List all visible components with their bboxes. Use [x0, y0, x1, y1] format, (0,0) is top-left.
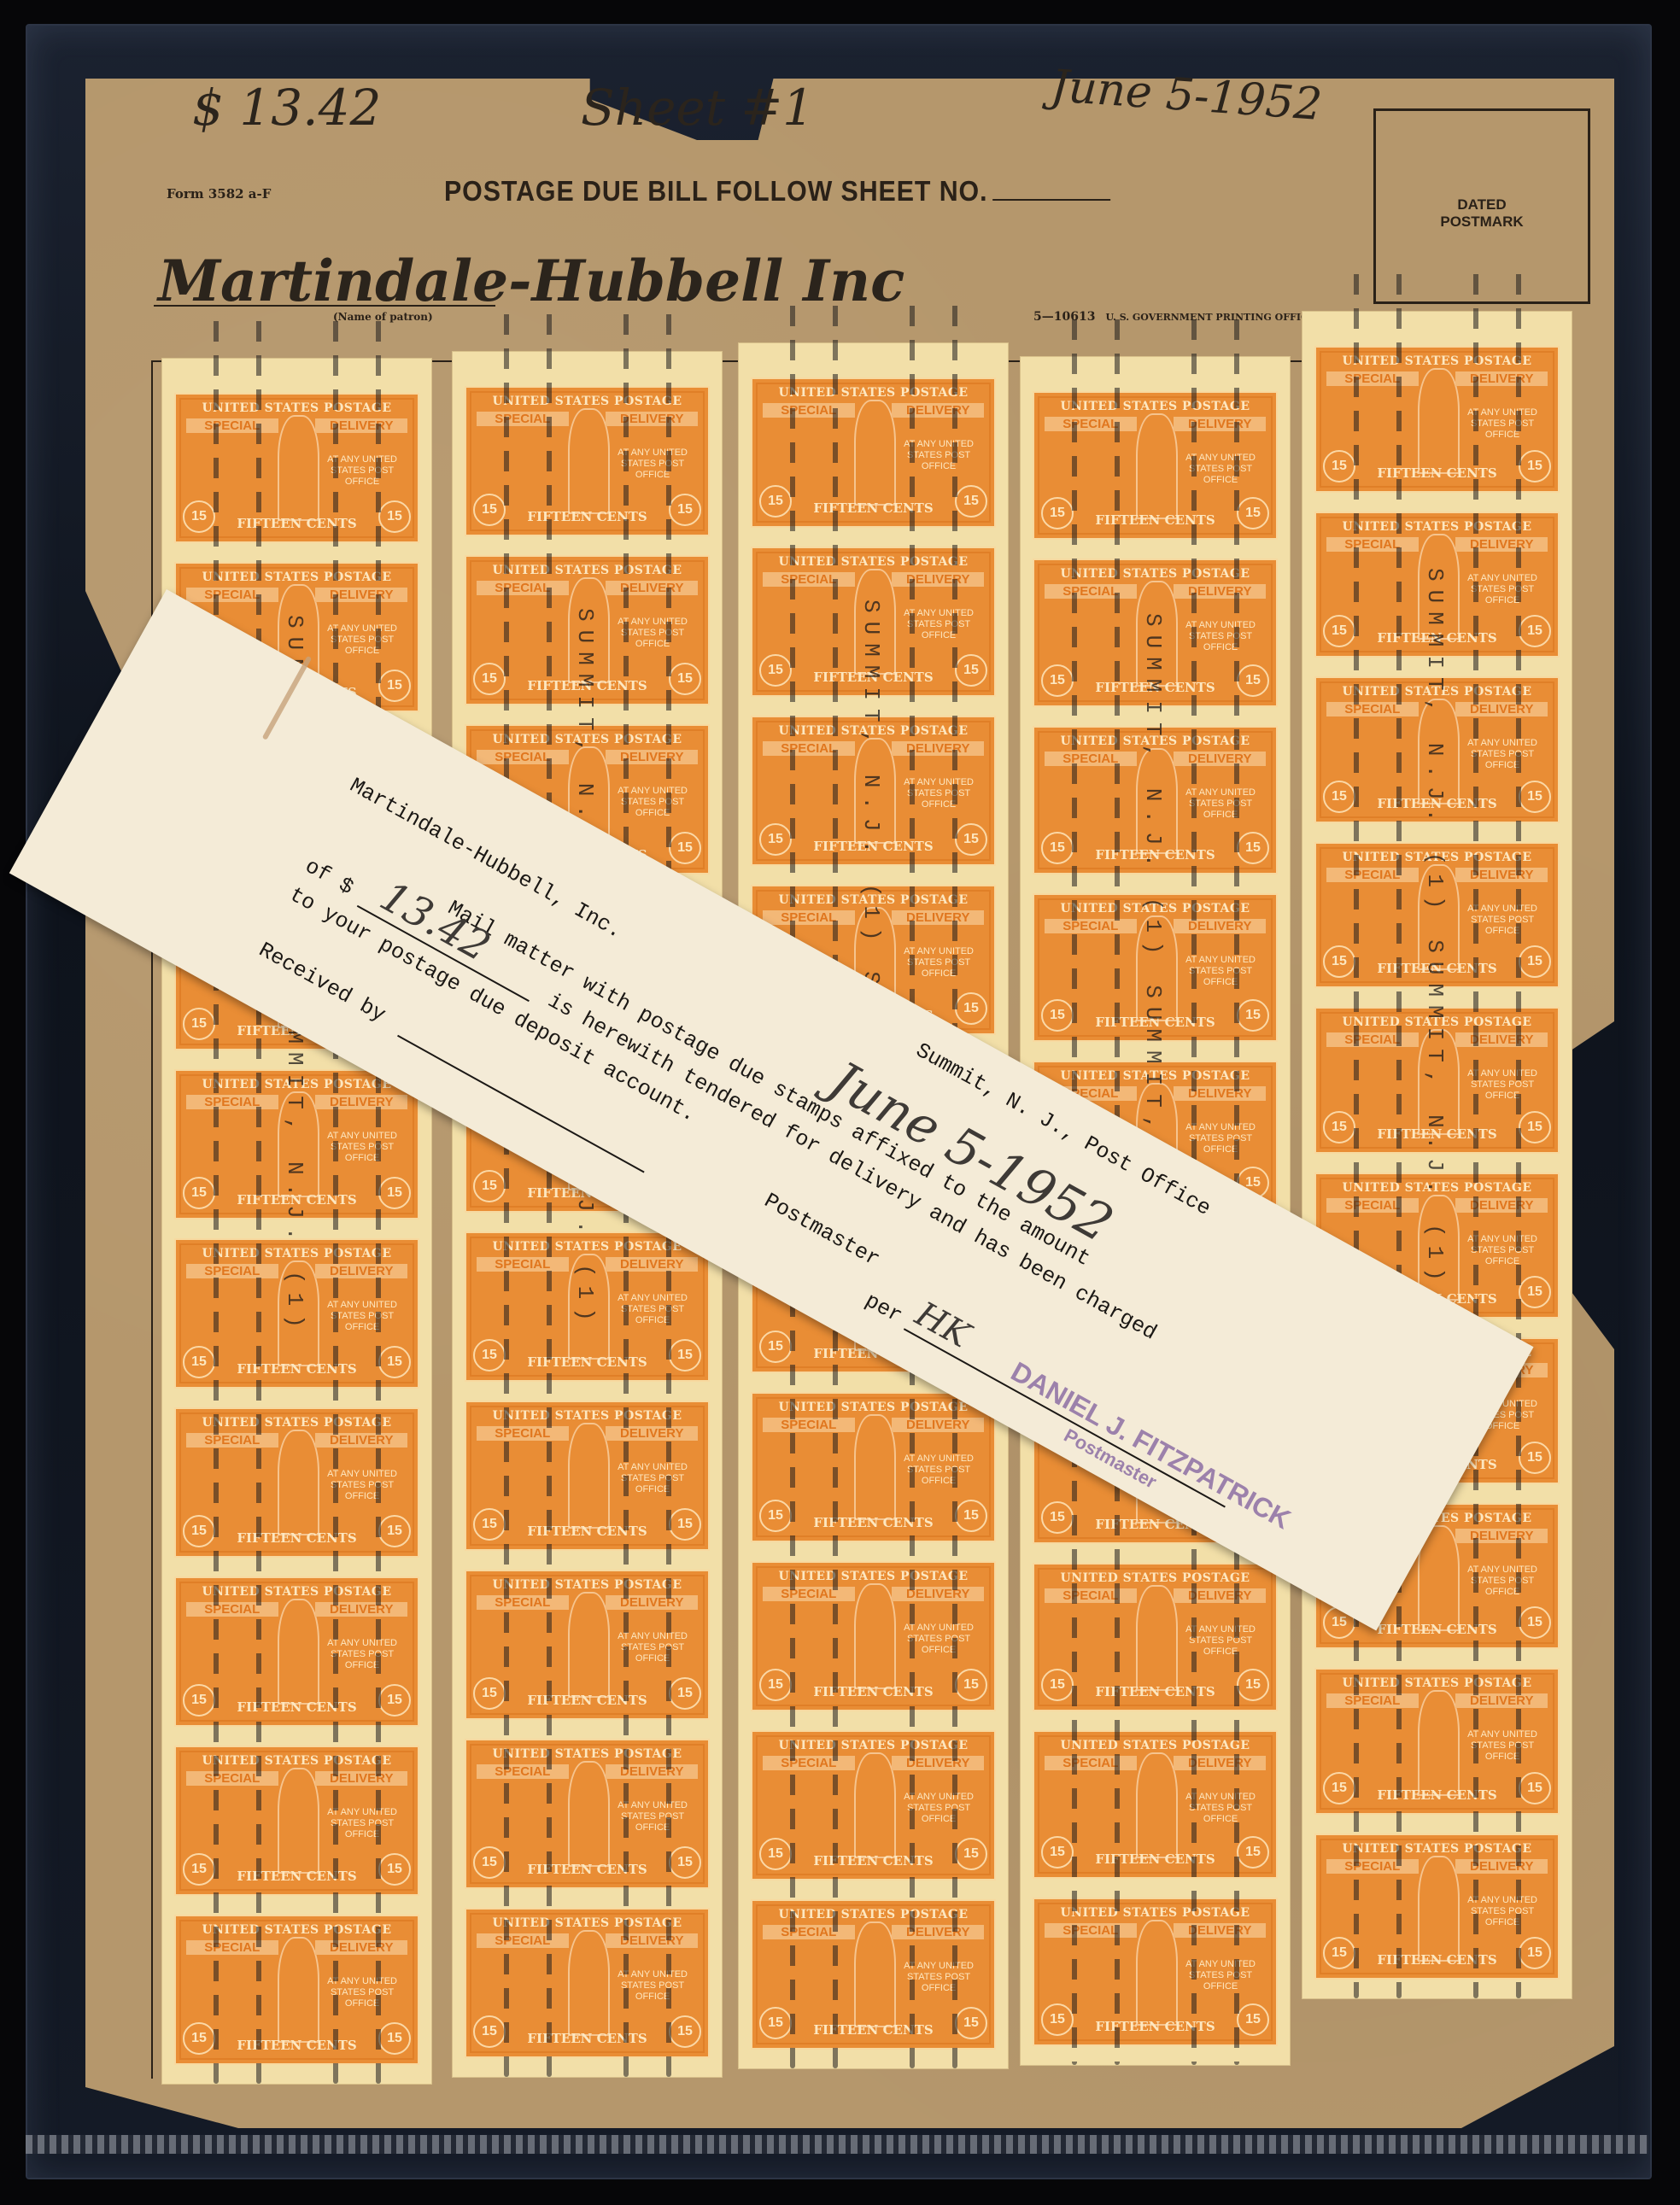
stamp-tagline: AT ANY UNITED STATES POST OFFICE: [895, 946, 982, 980]
stamp-value-text: FIFTEEN CENTS: [219, 2038, 375, 2053]
stamp-tagline: AT ANY UNITED STATES POST OFFICE: [895, 439, 982, 472]
stamp-denomination: 15: [1519, 1111, 1551, 1143]
stamp-denomination: 15: [759, 654, 792, 687]
stamp-tagline: AT ANY UNITED STATES POST OFFICE: [609, 617, 696, 650]
stamp-special: SPECIAL: [1326, 1693, 1419, 1708]
stamp-delivery: DELIVERY: [892, 1418, 984, 1432]
stamp-tagline: AT ANY UNITED STATES POST OFFICE: [1177, 453, 1264, 486]
stamp-value-text: FIFTEEN CENTS: [1359, 1787, 1515, 1803]
stamp-tagline: AT ANY UNITED STATES POST OFFICE: [319, 1638, 406, 1671]
stamp-tagline: AT ANY UNITED STATES POST OFFICE: [1177, 1624, 1264, 1658]
stamp-tagline: AT ANY UNITED STATES POST OFFICE: [1459, 407, 1546, 441]
stamp-denomination: 15: [378, 670, 411, 702]
stamp-tagline: AT ANY UNITED STATES POST OFFICE: [895, 1623, 982, 1656]
stamp-tagline: AT ANY UNITED STATES POST OFFICE: [319, 1300, 406, 1333]
cancel-wavy-line: [547, 301, 552, 2077]
patron-underline: [154, 305, 495, 307]
stamp-denomination: 15: [473, 1677, 506, 1710]
stamp-delivery: DELIVERY: [1455, 1529, 1548, 1543]
stamp-tagline: AT ANY UNITED STATES POST OFFICE: [1177, 955, 1264, 988]
stamp-delivery: DELIVERY: [892, 1756, 984, 1770]
stamp-tagline: AT ANY UNITED STATES POST OFFICE: [609, 1969, 696, 2003]
stamp-value-text: FIFTEEN CENTS: [219, 1361, 375, 1377]
doorway-icon: [278, 415, 319, 521]
stamp-denomination: 15: [1237, 832, 1269, 864]
cancel-wavy-line: [504, 301, 509, 2077]
stamp-tagline: AT ANY UNITED STATES POST OFFICE: [1177, 1122, 1264, 1155]
stamp-denomination: 15: [183, 1346, 215, 1378]
doorway-icon: [854, 400, 896, 506]
stamp-tagline: AT ANY UNITED STATES POST OFFICE: [319, 1976, 406, 2009]
stamp-special: SPECIAL: [186, 418, 278, 433]
stamp-denomination: 15: [669, 2015, 701, 2048]
stamp-tagline: AT ANY UNITED STATES POST OFFICE: [895, 1792, 982, 1825]
stamp-denomination: 15: [1519, 1772, 1551, 1804]
stamp-denomination: 15: [1519, 615, 1551, 647]
doorway-icon: [854, 1414, 896, 1520]
stamp-special: SPECIAL: [763, 910, 855, 925]
stamp-denomination: 15: [1237, 664, 1269, 697]
printer-name: U. S. GOVERNMENT PRINTING OFFICE: [1105, 312, 1315, 323]
stamp-special: SPECIAL: [1326, 868, 1419, 882]
stamp-denomination: 15: [1323, 945, 1355, 978]
stamp-denomination: 15: [183, 2022, 215, 2055]
doorway-icon: [854, 1921, 896, 2027]
special-delivery-stamp: UNITED STATES POSTAGESPECIALDELIVERYAT A…: [751, 1730, 996, 1880]
stamp-special: SPECIAL: [1045, 584, 1137, 599]
stamp-denomination: 15: [955, 485, 987, 518]
print-code: 5—10613: [1033, 310, 1095, 324]
cancel-wavy-line: [1473, 260, 1478, 1998]
postmark-label: DATED POSTMARK: [1376, 196, 1588, 231]
special-delivery-stamp: UNITED STATES POSTAGESPECIALDELIVERYAT A…: [465, 1401, 710, 1551]
doorway-icon: [1136, 1920, 1178, 2026]
stamp-delivery: DELIVERY: [1174, 1923, 1266, 1938]
cancel-wavy-line: [256, 307, 261, 2084]
stamp-tagline: AT ANY UNITED STATES POST OFFICE: [895, 1961, 982, 1994]
stamp-value-text: FIFTEEN CENTS: [219, 1530, 375, 1546]
special-delivery-stamp: UNITED STATES POSTAGESPECIALDELIVERYAT A…: [751, 1561, 996, 1711]
stamp-denomination: 15: [669, 663, 701, 695]
doorway-icon: [278, 1599, 319, 1705]
doorway-icon: [1418, 368, 1460, 474]
stamp-delivery: DELIVERY: [315, 418, 407, 433]
stamp-delivery: DELIVERY: [1174, 1756, 1266, 1770]
stamp-tagline: AT ANY UNITED STATES POST OFFICE: [319, 1807, 406, 1840]
special-delivery-stamp: UNITED STATES POSTAGESPECIALDELIVERYAT A…: [465, 1908, 710, 2058]
stamp-delivery: DELIVERY: [1455, 702, 1548, 716]
title-text: POSTAGE DUE BILL FOLLOW SHEET NO.: [444, 175, 987, 207]
stamp-delivery: DELIVERY: [892, 910, 984, 925]
stamp-delivery: DELIVERY: [606, 581, 698, 595]
stamp-denomination: 15: [183, 1684, 215, 1717]
stamp-denomination: 15: [1237, 2003, 1269, 2036]
special-delivery-stamp: UNITED STATES POSTAGESPECIALDELIVERYAT A…: [1033, 391, 1278, 540]
stamp-denomination: 15: [669, 832, 701, 864]
stamp-denomination: 15: [183, 500, 215, 533]
doorway-icon: [1418, 1856, 1460, 1962]
stamp-special: SPECIAL: [1326, 702, 1419, 716]
doorway-icon: [854, 1752, 896, 1858]
stamp-denomination: 15: [1519, 781, 1551, 813]
stamp-special: SPECIAL: [477, 750, 569, 764]
stamp-value-text: FIFTEEN CENTS: [1077, 1684, 1233, 1699]
postmark-label-postmark: POSTMARK: [1376, 213, 1588, 231]
stamp-delivery: DELIVERY: [315, 1940, 407, 1955]
special-delivery-stamp: UNITED STATES POSTAGESPECIALDELIVERYAT A…: [174, 1915, 419, 2065]
stamp-denomination: 15: [955, 992, 987, 1025]
special-delivery-stamp: UNITED STATES POSTAGESPECIALDELIVERYAT A…: [1033, 1730, 1278, 1879]
stamp-denomination: 15: [1041, 999, 1074, 1032]
special-delivery-stamp: UNITED STATES POSTAGESPECIALDELIVERYAT A…: [1314, 1668, 1560, 1815]
doorway-icon: [568, 1592, 610, 1698]
stamp-denomination: 15: [1237, 1836, 1269, 1869]
stamp-value-text: FIFTEEN CENTS: [1359, 1622, 1515, 1637]
cancel-wavy-line: [376, 307, 381, 2084]
doorway-icon: [1418, 1690, 1460, 1796]
stamp-denomination: 15: [1519, 1937, 1551, 1969]
slip-initials: HK: [909, 1295, 976, 1356]
handwritten-sheet-note: Sheet #1: [581, 79, 814, 137]
stamp-denomination: 15: [473, 1846, 506, 1879]
stamp-tagline: AT ANY UNITED STATES POST OFFICE: [319, 454, 406, 488]
stamp-tagline: AT ANY UNITED STATES POST OFFICE: [1177, 787, 1264, 821]
stamp-special: SPECIAL: [1326, 1032, 1419, 1047]
patron-label: (Name of patron): [333, 311, 433, 323]
stamp-delivery: DELIVERY: [315, 1602, 407, 1617]
stamp-delivery: DELIVERY: [1455, 868, 1548, 882]
doorway-icon: [568, 1761, 610, 1867]
doorway-icon: [1136, 1752, 1178, 1858]
stamp-delivery: DELIVERY: [1174, 919, 1266, 933]
stamp-denomination: 15: [955, 654, 987, 687]
stamp-tagline: AT ANY UNITED STATES POST OFFICE: [1459, 1068, 1546, 1102]
stamp-delivery: DELIVERY: [1174, 752, 1266, 766]
stamp-denomination: 15: [1237, 999, 1269, 1032]
stamp-value-text: FIFTEEN CENTS: [795, 1853, 951, 1869]
special-delivery-stamp: UNITED STATES POSTAGESPECIALDELIVERYAT A…: [751, 1899, 996, 2050]
stamp-special: SPECIAL: [186, 1433, 278, 1448]
stamp-special: SPECIAL: [1326, 371, 1419, 386]
stamp-denomination: 15: [183, 1853, 215, 1886]
stamp-denomination: 15: [378, 1515, 411, 1547]
stamp-denomination: 15: [1041, 1501, 1074, 1534]
stamp-delivery: DELIVERY: [892, 1925, 984, 1939]
stamp-value-text: FIFTEEN CENTS: [219, 516, 375, 531]
stamp-delivery: DELIVERY: [315, 1771, 407, 1786]
stamp-denomination: 15: [1041, 1836, 1074, 1869]
stamp-value-text: FIFTEEN CENTS: [509, 1354, 665, 1370]
stamp-tagline: AT ANY UNITED STATES POST OFFICE: [319, 1131, 406, 1164]
stamp-tagline: AT ANY UNITED STATES POST OFFICE: [1459, 1565, 1546, 1598]
stamp-denomination: 15: [955, 823, 987, 856]
stamp-special: SPECIAL: [1045, 1756, 1137, 1770]
stamp-special: SPECIAL: [186, 1940, 278, 1955]
sheet-number-blank: [992, 199, 1110, 201]
cancel-wavy-line: [214, 307, 219, 2084]
stamp-denomination: 15: [1323, 1772, 1355, 1804]
stamp-delivery: DELIVERY: [1455, 1032, 1548, 1047]
stamp-denomination: 15: [1041, 1669, 1074, 1701]
page-title: POSTAGE DUE BILL FOLLOW SHEET NO.: [444, 175, 1110, 208]
stamp-tagline: AT ANY UNITED STATES POST OFFICE: [1459, 573, 1546, 606]
stamp-value-text: FIFTEEN CENTS: [509, 509, 665, 524]
stamp-denomination: 15: [669, 1846, 701, 1879]
stamp-denomination: 15: [378, 2022, 411, 2055]
stamp-value-text: FIFTEEN CENTS: [795, 500, 951, 516]
stamp-denomination: 15: [759, 485, 792, 518]
stamp-delivery: DELIVERY: [1174, 417, 1266, 431]
special-delivery-stamp: UNITED STATES POSTAGESPECIALDELIVERYAT A…: [174, 393, 419, 543]
stamp-denomination: 15: [473, 494, 506, 526]
cancel-wavy-line: [1516, 260, 1521, 1998]
stamp-special: SPECIAL: [477, 412, 569, 426]
stamp-special: SPECIAL: [186, 1602, 278, 1617]
stamp-special: SPECIAL: [186, 1771, 278, 1786]
doorway-icon: [568, 1930, 610, 2036]
stamp-denomination: 15: [759, 1500, 792, 1532]
stamp-denomination: 15: [473, 1339, 506, 1372]
stamp-denomination: 15: [669, 494, 701, 526]
stamp-special: SPECIAL: [186, 1095, 278, 1109]
stamp-value-text: FIFTEEN CENTS: [509, 2031, 665, 2046]
stamp-denomination: 15: [955, 1838, 987, 1870]
stamp-special: SPECIAL: [763, 403, 855, 418]
summit-cancel-text: SUMMIT, N.J. (1) SUMMIT, N.J. (1): [1422, 568, 1448, 1290]
stamp-delivery: DELIVERY: [315, 1433, 407, 1448]
stamp-value-text: FIFTEEN CENTS: [795, 1515, 951, 1530]
stamp-delivery: DELIVERY: [1455, 1693, 1548, 1708]
doorway-icon: [1136, 413, 1178, 519]
doorway-icon: [568, 1423, 610, 1529]
stamp-special: SPECIAL: [477, 1933, 569, 1948]
stamp-special: SPECIAL: [763, 1418, 855, 1432]
stamp-delivery: DELIVERY: [1174, 584, 1266, 599]
stamp-denomination: 15: [378, 1684, 411, 1717]
stamp-denomination: 15: [669, 1677, 701, 1710]
stamp-denomination: 15: [183, 1177, 215, 1209]
stamp-denomination: 15: [1041, 832, 1074, 864]
doorway-icon: [1136, 1585, 1178, 1691]
special-delivery-stamp: UNITED STATES POSTAGESPECIALDELIVERYAT A…: [465, 1570, 710, 1720]
stamp-denomination: 15: [1041, 664, 1074, 697]
per-label: per: [861, 1288, 906, 1328]
stamp-denomination: 15: [759, 2007, 792, 2039]
doorway-icon: [568, 408, 610, 514]
dated-postmark-box: DATED POSTMARK: [1373, 108, 1590, 304]
stamp-tagline: AT ANY UNITED STATES POST OFFICE: [609, 1800, 696, 1834]
stamp-delivery: DELIVERY: [1174, 1588, 1266, 1603]
stamp-tagline: AT ANY UNITED STATES POST OFFICE: [1459, 1895, 1546, 1928]
stamp-delivery: DELIVERY: [1174, 1086, 1266, 1101]
stamp-delivery: DELIVERY: [892, 403, 984, 418]
stamp-denomination: 15: [759, 823, 792, 856]
stamp-tagline: AT ANY UNITED STATES POST OFFICE: [609, 1293, 696, 1326]
special-delivery-stamp: UNITED STATES POSTAGESPECIALDELIVERYAT A…: [1314, 1834, 1560, 1980]
stamp-delivery: DELIVERY: [1455, 1859, 1548, 1874]
stamp-denomination: 15: [473, 1508, 506, 1541]
stamp-denomination: 15: [183, 1515, 215, 1547]
stamp-delivery: DELIVERY: [606, 412, 698, 426]
stamp-special: SPECIAL: [1045, 919, 1137, 933]
stamp-delivery: DELIVERY: [606, 1764, 698, 1779]
stamp-value-text: FIFTEEN CENTS: [1359, 465, 1515, 481]
stamp-value-text: FIFTEEN CENTS: [509, 1693, 665, 1708]
stamp-tagline: AT ANY UNITED STATES POST OFFICE: [1459, 904, 1546, 937]
stamp-delivery: DELIVERY: [606, 1426, 698, 1441]
stamp-delivery: DELIVERY: [606, 750, 698, 764]
handwritten-amount: $ 13.42: [192, 79, 381, 137]
stamp-delivery: DELIVERY: [315, 1264, 407, 1278]
stamp-denomination: 15: [1041, 2003, 1074, 2036]
special-delivery-stamp: UNITED STATES POSTAGESPECIALDELIVERYAT A…: [751, 377, 996, 528]
stamp-tagline: AT ANY UNITED STATES POST OFFICE: [609, 447, 696, 481]
stamp-value-text: FIFTEEN CENTS: [509, 1862, 665, 1877]
stamp-denomination: 15: [1041, 497, 1074, 529]
special-delivery-stamp: UNITED STATES POSTAGESPECIALDELIVERYAT A…: [174, 1407, 419, 1558]
staple-mark: [262, 656, 313, 740]
stamp-denomination: 15: [473, 663, 506, 695]
stamp-special: SPECIAL: [763, 572, 855, 587]
form-number: Form 3582 a-F: [167, 186, 271, 202]
doorway-icon: [278, 1768, 319, 1874]
stamp-denomination: 15: [1237, 497, 1269, 529]
stamp-denomination: 15: [378, 500, 411, 533]
stamp-tagline: AT ANY UNITED STATES POST OFFICE: [1177, 1792, 1264, 1825]
stamp-delivery: DELIVERY: [606, 1257, 698, 1272]
stamp-tagline: AT ANY UNITED STATES POST OFFICE: [1177, 1959, 1264, 1992]
stamp-denomination: 15: [378, 1346, 411, 1378]
stamp-tagline: AT ANY UNITED STATES POST OFFICE: [609, 1462, 696, 1495]
stamp-special: SPECIAL: [763, 1587, 855, 1601]
cancel-wavy-line: [1396, 260, 1402, 1998]
cancel-wavy-line: [333, 307, 338, 2084]
stamp-denomination: 15: [183, 1008, 215, 1040]
stamp-special: SPECIAL: [477, 1426, 569, 1441]
stamp-special: SPECIAL: [1045, 752, 1137, 766]
stamp-tagline: AT ANY UNITED STATES POST OFFICE: [895, 1453, 982, 1487]
stamp-denomination: 15: [1323, 615, 1355, 647]
stamp-tagline: AT ANY UNITED STATES POST OFFICE: [319, 1469, 406, 1502]
special-delivery-stamp: UNITED STATES POSTAGESPECIALDELIVERYAT A…: [1033, 1563, 1278, 1711]
stamp-value-text: FIFTEEN CENTS: [1077, 2019, 1233, 2034]
stamp-delivery: DELIVERY: [892, 572, 984, 587]
stamp-denomination: 15: [1519, 1442, 1551, 1474]
stamp-value-text: FIFTEEN CENTS: [219, 1869, 375, 1884]
stamp-tagline: AT ANY UNITED STATES POST OFFICE: [895, 777, 982, 810]
cancel-wavy-line: [1354, 260, 1359, 1998]
stamp-denomination: 15: [669, 1339, 701, 1372]
stamp-special: SPECIAL: [1326, 537, 1419, 552]
stamp-denomination: 15: [955, 1500, 987, 1532]
stamp-value-text: FIFTEEN CENTS: [1359, 1952, 1515, 1968]
stamp-denomination: 15: [669, 1508, 701, 1541]
stamp-special: SPECIAL: [763, 1756, 855, 1770]
postmaster-label: Postmaster: [760, 1189, 884, 1272]
stamp-value-text: FIFTEEN CENTS: [1077, 1851, 1233, 1867]
stamp-special: SPECIAL: [1326, 1859, 1419, 1874]
stamp-denomination: 15: [759, 1838, 792, 1870]
stamp-tagline: AT ANY UNITED STATES POST OFFICE: [319, 623, 406, 657]
stamp-delivery: DELIVERY: [1455, 371, 1548, 386]
special-delivery-stamp: UNITED STATES POSTAGESPECIALDELIVERYAT A…: [465, 386, 710, 536]
stamp-tagline: AT ANY UNITED STATES POST OFFICE: [1459, 1234, 1546, 1267]
doorway-icon: [278, 1937, 319, 2043]
stamp-column: UNITED STATES POSTAGESPECIALDELIVERYAT A…: [1302, 312, 1572, 1998]
stamp-special: SPECIAL: [477, 1764, 569, 1779]
stamp-special: SPECIAL: [1045, 1588, 1137, 1603]
stamp-special: SPECIAL: [1326, 1198, 1419, 1213]
stamp-special: SPECIAL: [186, 588, 278, 602]
stamp-denomination: 15: [378, 1853, 411, 1886]
sleeve-edge: [26, 2135, 1648, 2154]
stamp-denomination: 15: [1519, 450, 1551, 483]
stamp-value-text: FIFTEEN CENTS: [795, 2022, 951, 2038]
stamp-value-text: FIFTEEN CENTS: [509, 1524, 665, 1539]
stamp-delivery: DELIVERY: [892, 741, 984, 756]
stamp-denomination: 15: [473, 2015, 506, 2048]
stamp-value-text: FIFTEEN CENTS: [795, 1684, 951, 1699]
stamp-special: SPECIAL: [477, 581, 569, 595]
stamp-denomination: 15: [1323, 450, 1355, 483]
stamp-delivery: DELIVERY: [1455, 1198, 1548, 1213]
stamp-delivery: DELIVERY: [1455, 537, 1548, 552]
stamp-delivery: DELIVERY: [606, 1933, 698, 1948]
stamp-delivery: DELIVERY: [315, 588, 407, 602]
special-delivery-stamp: UNITED STATES POSTAGESPECIALDELIVERYAT A…: [1314, 346, 1560, 493]
special-delivery-stamp: UNITED STATES POSTAGESPECIALDELIVERYAT A…: [174, 1576, 419, 1727]
stamp-special: SPECIAL: [186, 1264, 278, 1278]
stamp-tagline: AT ANY UNITED STATES POST OFFICE: [895, 608, 982, 641]
stamp-tagline: AT ANY UNITED STATES POST OFFICE: [609, 1631, 696, 1664]
stamp-tagline: AT ANY UNITED STATES POST OFFICE: [1459, 738, 1546, 771]
stamp-denomination: 15: [955, 2007, 987, 2039]
special-delivery-stamp: UNITED STATES POSTAGESPECIALDELIVERYAT A…: [465, 1739, 710, 1889]
stamp-delivery: DELIVERY: [315, 1095, 407, 1109]
stamp-tagline: AT ANY UNITED STATES POST OFFICE: [1459, 1729, 1546, 1763]
stamp-denomination: 15: [378, 1177, 411, 1209]
stamp-denomination: 15: [473, 1170, 506, 1202]
stamp-special: SPECIAL: [763, 1925, 855, 1939]
stamp-value-text: FIFTEEN CENTS: [1077, 512, 1233, 528]
stamp-special: SPECIAL: [477, 1595, 569, 1610]
stamp-special: SPECIAL: [1045, 417, 1137, 431]
stamp-denomination: 15: [1519, 1276, 1551, 1308]
stamp-special: SPECIAL: [477, 1257, 569, 1272]
stamp-delivery: DELIVERY: [606, 1595, 698, 1610]
doorway-icon: [278, 1430, 319, 1535]
stamp-denomination: 15: [1323, 1111, 1355, 1143]
special-delivery-stamp: UNITED STATES POSTAGESPECIALDELIVERYAT A…: [174, 1746, 419, 1896]
special-delivery-stamp: UNITED STATES POSTAGESPECIALDELIVERYAT A…: [1033, 1898, 1278, 2046]
stamp-denomination: 15: [1323, 781, 1355, 813]
stamp-value-text: FIFTEEN CENTS: [219, 1699, 375, 1715]
stamp-denomination: 15: [1237, 1669, 1269, 1701]
stamp-denomination: 15: [759, 1331, 792, 1363]
stamp-denomination: 15: [955, 1669, 987, 1701]
postmark-label-dated: DATED: [1376, 196, 1588, 213]
special-delivery-stamp: UNITED STATES POSTAGESPECIALDELIVERYAT A…: [751, 1392, 996, 1542]
stamp-denomination: 15: [1519, 1606, 1551, 1639]
stamp-tagline: AT ANY UNITED STATES POST OFFICE: [609, 786, 696, 819]
stamp-special: SPECIAL: [1045, 1923, 1137, 1938]
stamp-special: SPECIAL: [763, 741, 855, 756]
stamp-delivery: DELIVERY: [892, 1587, 984, 1601]
stamp-denomination: 15: [1323, 1937, 1355, 1969]
doorway-icon: [854, 1583, 896, 1689]
stamp-tagline: AT ANY UNITED STATES POST OFFICE: [1177, 620, 1264, 653]
stamp-denomination: 15: [1519, 945, 1551, 978]
